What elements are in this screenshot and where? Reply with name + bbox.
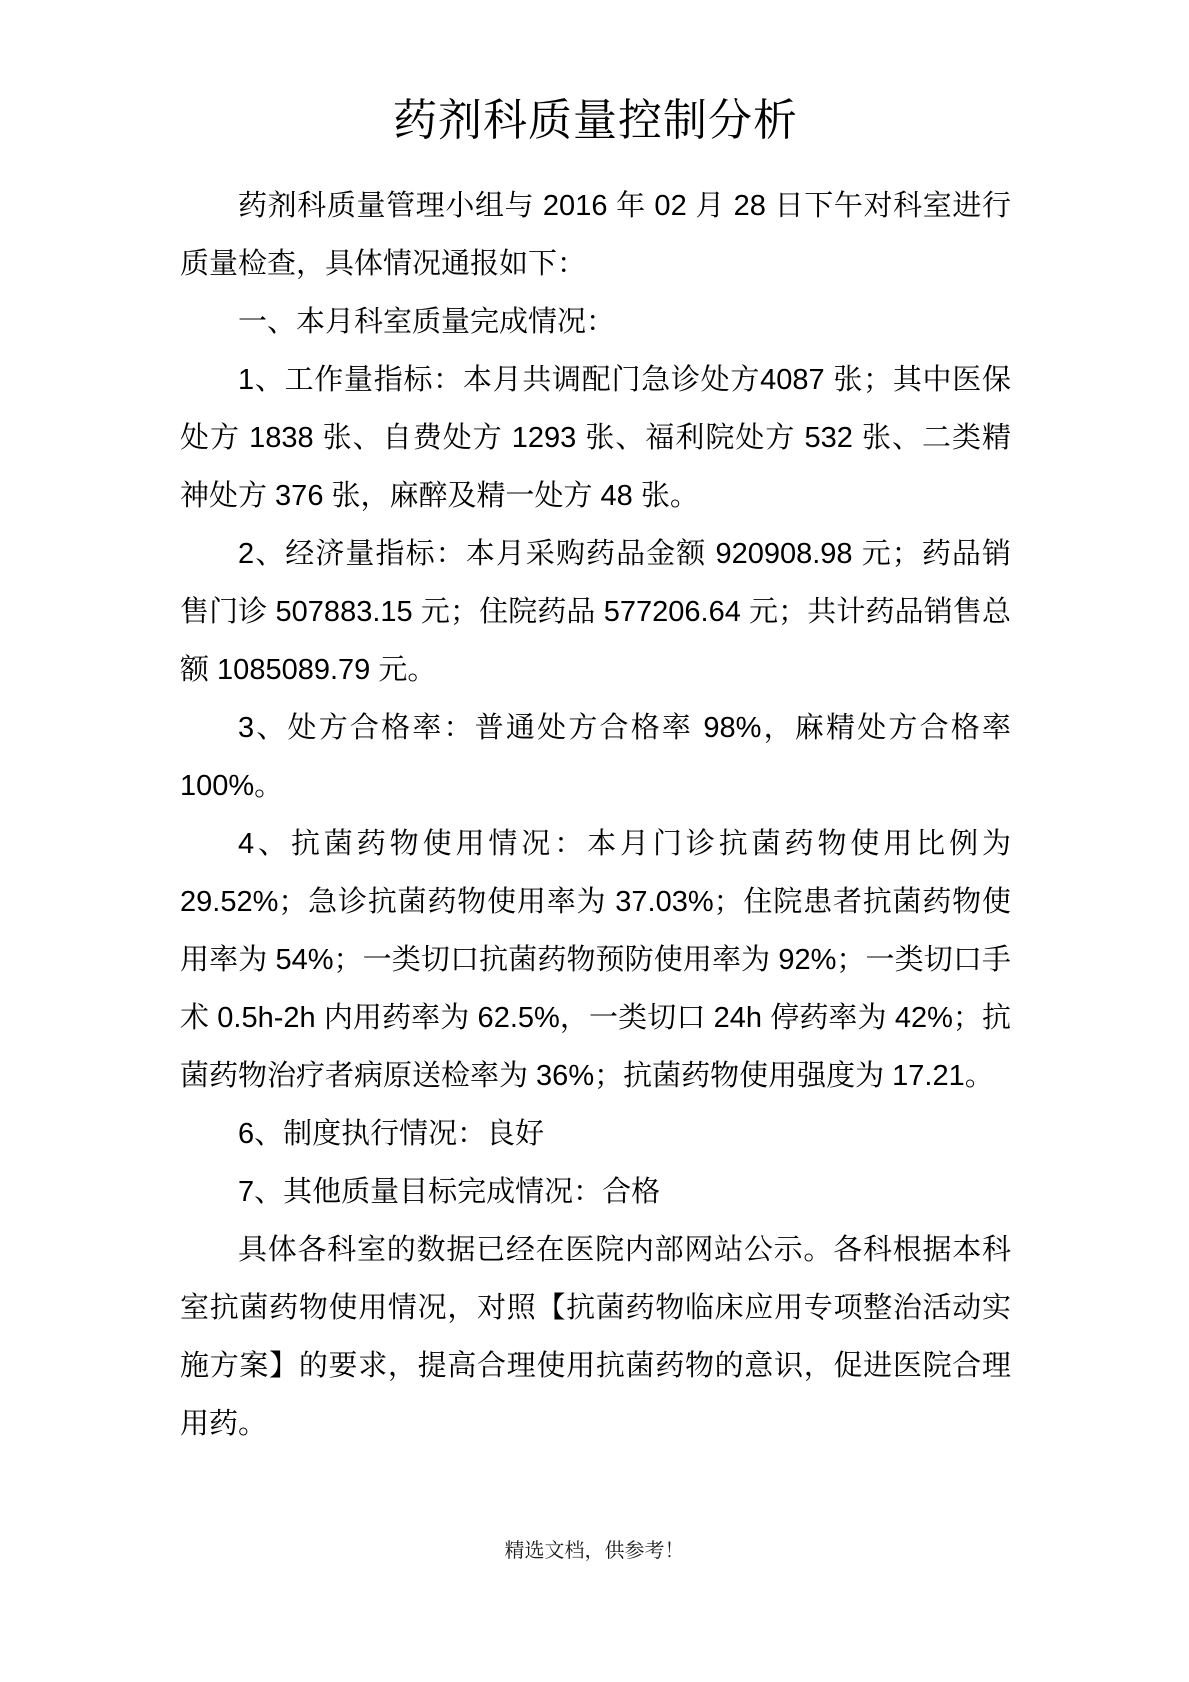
paragraph-conclusion: 具体各科室的数据已经在医院内部网站公示。各科根据本科室抗菌药物使用情况，对照【抗… xyxy=(180,1221,1011,1453)
paragraph-item-1: 1、工作量指标：本月共调配门急诊处方4087 张；其中医保处方 1838 张、自… xyxy=(180,351,1011,525)
paragraph-item-7: 7、其他质量目标完成情况：合格 xyxy=(180,1163,1011,1221)
paragraph-item-3: 3、处方合格率：普通处方合格率 98%，麻精处方合格率 100%。 xyxy=(180,699,1011,815)
paragraph-section-1: 一、本月科室质量完成情况： xyxy=(180,293,1011,351)
document-page: 药剂科质量控制分析 药剂科质量管理小组与 2016 年 02 月 28 日下午对… xyxy=(0,0,1189,1682)
page-footer: 精选文档，供参考！ xyxy=(0,1536,1189,1566)
paragraph-item-2: 2、经济量指标：本月采购药品金额 920908.98 元；药品销售门诊 5078… xyxy=(180,525,1011,699)
document-title: 药剂科质量控制分析 xyxy=(180,0,1011,149)
paragraph-item-6: 6、制度执行情况：良好 xyxy=(180,1105,1011,1163)
document-body: 药剂科质量管理小组与 2016 年 02 月 28 日下午对科室进行质量检查，具… xyxy=(180,177,1011,1453)
paragraph-item-4: 4、抗菌药物使用情况：本月门诊抗菌药物使用比例为 29.52%；急诊抗菌药物使用… xyxy=(180,815,1011,1105)
document-content: 药剂科质量控制分析 药剂科质量管理小组与 2016 年 02 月 28 日下午对… xyxy=(180,0,1011,1453)
paragraph-intro: 药剂科质量管理小组与 2016 年 02 月 28 日下午对科室进行质量检查，具… xyxy=(180,177,1011,293)
